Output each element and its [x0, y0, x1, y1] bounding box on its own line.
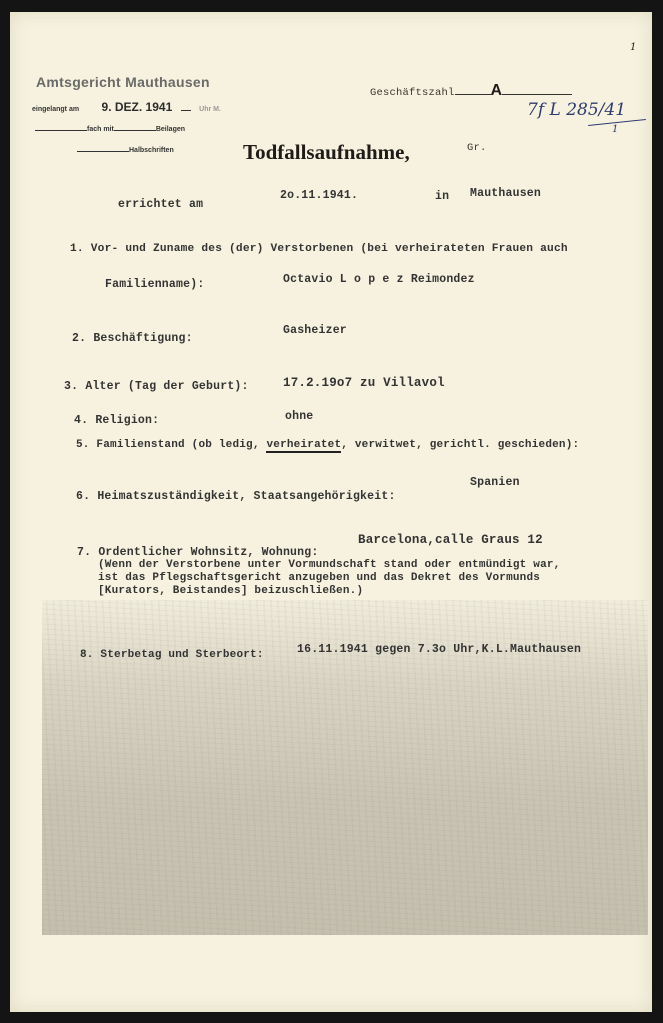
- field-4-label: 4. Religion:: [74, 414, 159, 427]
- field-8-value: 16.11.1941 gegen 7.3o Uhr,K.L.Mauthausen: [297, 643, 581, 656]
- stamp-received-line: eingelangt am 9. DEZ. 1941 Uhr M.: [32, 98, 221, 116]
- field-number: 4.: [74, 414, 88, 427]
- field-label: Heimatszuständigkeit, Staatsangehörigkei…: [97, 490, 395, 503]
- field-7-note: (Wenn der Verstorbene unter Vormundschaf…: [98, 559, 560, 598]
- field-number: 2.: [72, 332, 86, 345]
- stamp-copies-line: fach mitBeilagen: [35, 118, 185, 136]
- established-label: errichtet am: [118, 198, 203, 211]
- field-7-value: Barcelona,calle Graus 12: [358, 533, 543, 547]
- stamp-line: [35, 130, 87, 131]
- field-2-label: 2. Beschäftigung:: [72, 332, 193, 345]
- field-number: 3.: [64, 380, 78, 393]
- stamp-attachments-label: Beilagen: [156, 126, 185, 133]
- field-label: Sterbetag und Sterbeort:: [100, 649, 263, 661]
- stamp-time-suffix: Uhr M.: [199, 106, 221, 113]
- title-suffix: Gr.: [467, 142, 487, 154]
- field-3-label: 3. Alter (Tag der Geburt):: [64, 380, 249, 393]
- field-7-note-line: ist das Pflegschaftsgericht anzugeben un…: [98, 572, 560, 585]
- field-7-note-line: (Wenn der Verstorbene unter Vormundschaf…: [98, 559, 560, 572]
- field-label: Religion:: [95, 414, 159, 427]
- field-number: 1.: [70, 243, 84, 255]
- established-date: 2o.11.1941.: [280, 189, 358, 202]
- field-7-note-line: [Kurators, Beistandes] beizuschließen.): [98, 585, 560, 598]
- handwritten-reference: 7f L 285/41: [527, 100, 626, 120]
- reference-line-rule: [502, 94, 572, 95]
- field-label: Vor- und Zuname des (der) Verstorbenen (…: [91, 243, 568, 255]
- reference-value: A: [491, 82, 503, 99]
- field-number: 6.: [76, 490, 90, 503]
- stamp-line: [77, 151, 129, 152]
- field-label-prefix: Familienstand (ob ledig,: [96, 439, 259, 451]
- stamp-line: [114, 130, 156, 131]
- stamp-line: [181, 110, 191, 111]
- field-2-value: Gasheizer: [283, 324, 347, 337]
- field-label-suffix: , verwitwet, gerichtl. geschieden):: [341, 439, 579, 451]
- stamp-halfcopies-line: Halbschriften: [77, 139, 174, 157]
- corner-mark: 1: [630, 42, 636, 53]
- field-4-value: ohne: [285, 410, 313, 423]
- field-1-label: 1. Vor- und Zuname des (der) Verstorbene…: [70, 243, 568, 255]
- field-label: Alter (Tag der Geburt):: [85, 380, 248, 393]
- field-5-label: 5. Familienstand (ob ledig, verheiratet,…: [76, 439, 579, 451]
- field-5-selected-option: verheiratet: [266, 439, 341, 453]
- field-1-label-cont: Familienname):: [105, 278, 204, 291]
- stamp-court-name: Amtsgericht Mauthausen: [36, 74, 210, 90]
- handwritten-sub: 1: [612, 124, 618, 135]
- field-6-value: Spanien: [470, 476, 520, 489]
- field-number: 5.: [76, 439, 90, 451]
- established-in-label: in: [435, 190, 449, 203]
- document-title: Todfallsaufnahme,: [243, 140, 410, 165]
- field-3-value: 17.2.19o7 zu Villavol: [283, 376, 445, 390]
- field-1-value: Octavio L o p e z Reimondez: [283, 273, 475, 286]
- field-7-label: 7. Ordentlicher Wohnsitz, Wohnung:: [77, 546, 318, 559]
- established-place: Mauthausen: [470, 187, 541, 200]
- field-label: Beschäftigung:: [93, 332, 192, 345]
- stamp-halfcopies-label: Halbschriften: [129, 147, 174, 154]
- stamp-received-label: eingelangt am: [32, 106, 79, 113]
- stamp-copies-label: fach mit: [87, 126, 114, 133]
- field-8-label: 8. Sterbetag und Sterbeort:: [80, 649, 264, 661]
- field-label: Ordentlicher Wohnsitz, Wohnung:: [98, 546, 318, 559]
- stamp-received-date: 9. DEZ. 1941: [102, 100, 173, 114]
- reference-label: Geschäftszahl: [370, 87, 455, 99]
- field-number: 7.: [77, 546, 91, 559]
- field-6-label: 6. Heimatszuständigkeit, Staatsangehörig…: [76, 490, 396, 503]
- field-number: 8.: [80, 649, 94, 661]
- reference-line: GeschäftszahlA: [370, 82, 572, 100]
- reference-line-rule: [455, 94, 491, 95]
